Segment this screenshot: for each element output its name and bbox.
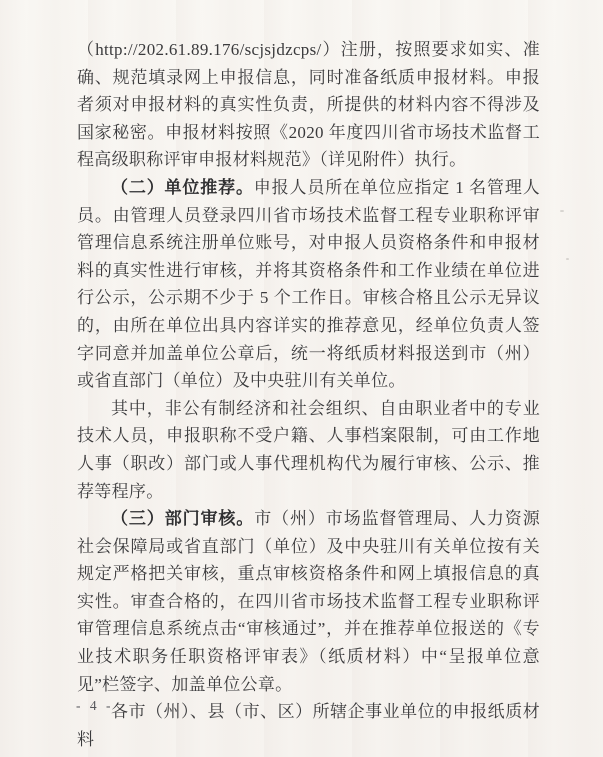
section-heading-department-review: （三）部门审核。 — [111, 509, 254, 528]
paragraph-text: 市（州）市场监督管理局、人力资源社会保障局或省直部门（单位）及中央驻川有关单位按… — [77, 509, 540, 694]
body-paragraph: （二）单位推荐。申报人员所在单位应指定 1 名管理人员。由管理人员登录四川省市场… — [77, 174, 540, 395]
paragraph-text: 其中，非公有制经济和社会组织、自由职业者中的专业技术人员，申报职称不受户籍、人事… — [77, 399, 540, 501]
scan-artifact — [560, 210, 564, 212]
page-number: - 4 - — [76, 698, 114, 714]
scanned-document-page: （http://202.61.89.176/scjsjdzcps/）注册，按照要… — [0, 0, 603, 757]
body-paragraph: （http://202.61.89.176/scjsjdzcps/）注册，按照要… — [77, 36, 540, 174]
document-body: （http://202.61.89.176/scjsjdzcps/）注册，按照要… — [77, 36, 540, 753]
body-paragraph: （三）部门审核。市（州）市场监督管理局、人力资源社会保障局或省直部门（单位）及中… — [77, 505, 540, 698]
paragraph-text: （http://202.61.89.176/scjsjdzcps/）注册，按照要… — [77, 40, 540, 169]
paragraph-text: 各市（州）、县（市、区）所辖企事业单位的申报纸质材料 — [77, 702, 540, 749]
body-paragraph: 各市（州）、县（市、区）所辖企事业单位的申报纸质材料 — [77, 698, 540, 753]
section-heading-unit-recommendation: （二）单位推荐。 — [111, 178, 254, 197]
scan-artifact — [566, 258, 569, 260]
paragraph-text: 申报人员所在单位应指定 1 名管理人员。由管理人员登录四川省市场技术监督工程专业… — [77, 178, 540, 390]
body-paragraph: 其中，非公有制经济和社会组织、自由职业者中的专业技术人员，申报职称不受户籍、人事… — [77, 395, 540, 505]
